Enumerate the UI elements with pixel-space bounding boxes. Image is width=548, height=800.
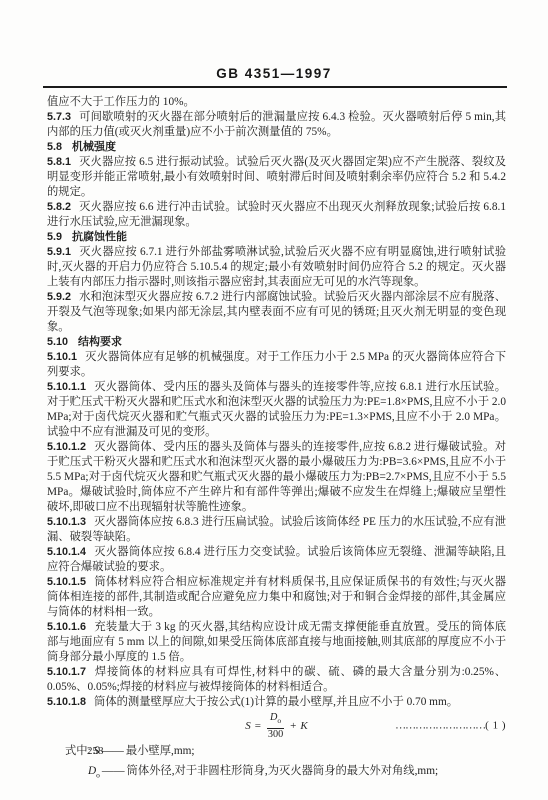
clause-number: 5.10.1.8 [47,696,94,708]
clause-paragraph: 5.9.1灭火器应按 6.7.1 进行外部盐雾喷淋试验,试验后灭火器不应有明显腐… [47,245,506,290]
where-desc-d: 筒体外径,对于非圆柱形筒身,为灭火器筒身的最大外对角线,mm; [127,765,439,777]
clause-paragraph: 5.10.1.1灭火器筒体、受内压的器头及筒体与器头的连接零件等,应按 6.8.… [47,380,506,440]
equation-number: ( 1 ) [485,720,506,732]
clause-number: 5.8.1 [47,156,79,168]
clause-number: 5.10.1 [47,351,85,363]
clause-paragraph: 值应不大于工作压力的 10%。 [47,95,506,110]
standard-code-header: GB 4351—1997 [0,66,548,81]
clause-paragraph: 5.9.2水和泡沫型灭火器应按 6.7.2 进行内部腐蚀试验。试验后灭火器内部涂… [47,290,506,335]
clause-paragraph: 5.10.1灭火器筒体应有足够的机械强度。对于工作压力小于 2.5 MPa 的灭… [47,350,506,380]
clause-text: 灭火器应按 6.5 进行振动试验。试验后灭火器(及灭火器固定架)应不产生脱落、裂… [47,156,506,198]
formula-var-k: K [300,719,307,734]
clause-text: 抗腐蚀性能 [72,231,127,243]
clause-number: 5.8.2 [47,201,79,213]
formula-1-row: S = Do 300 + K ………………………( 1 ) [47,713,506,739]
clause-text: 可间歇喷射的灭火器在部分喷射后的泄漏量应按 6.4.3 检验。灭火器喷射后停 5… [47,111,506,138]
fraction-denominator: 300 [267,729,284,740]
where-clause-d: Do——筒体外径,对于非圆柱形筒身,为灭火器筒身的最大外对角线,mm; [47,763,506,783]
clause-list: 值应不大于工作压力的 10%。5.7.3可间歇喷射的灭火器在部分喷射后的泄漏量应… [47,95,506,710]
fraction-numerator: Do [267,712,284,728]
clause-number: 5.9 [47,231,72,243]
clause-text: 值应不大于工作压力的 10%。 [47,96,195,108]
section-heading: 5.9抗腐蚀性能 [47,230,506,245]
clause-text: 灭火器筒体应有足够的机械强度。对于工作压力小于 2.5 MPa 的灭火器筒体应符… [47,351,506,378]
clause-number: 5.8 [47,141,72,153]
header-rule [43,86,507,88]
leader-dots: ……………………… [395,720,485,732]
clause-text: 机械强度 [72,141,116,153]
clause-number: 5.10.1.5 [47,576,94,588]
clause-paragraph: 5.7.3可间歇喷射的灭火器在部分喷射后的泄漏量应按 6.4.3 检验。灭火器喷… [47,110,506,140]
clause-text: 筒体材料应符合相应标准规定并有材料质保书,且应保证质保书的有效性;与灭火器筒体相… [47,576,506,618]
clause-text: 水和泡沫型灭火器应按 6.7.2 进行内部腐蚀试验。试验后灭火器内部涂层不应有脱… [47,291,506,333]
equation-reference: ………………………( 1 ) [395,719,506,734]
clause-text: 结构要求 [78,336,122,348]
section-heading: 5.10结构要求 [47,335,506,350]
where-dash: —— [100,765,127,777]
clause-number: 5.9.1 [47,246,79,258]
clause-text: 灭火器应按 6.6 进行冲击试验。试验时灭火器应不出现灭火剂释放现象;试验后按 … [47,201,506,228]
clause-text: 焊接筒体的材料应具有可焊性,材料中的碳、硫、磷的最大含量分别为:0.25%、0.… [47,666,506,693]
clause-number: 5.10.1.2 [47,441,94,453]
plus-sign: + [290,719,296,734]
where-clause-block: 式中: S——最小壁厚,mm; Do——筒体外径,对于非圆柱形筒身,为灭火器筒身… [47,743,506,784]
clause-number: 5.10.1.3 [47,516,94,528]
clause-paragraph: 5.10.1.6充装量大于 3 kg 的灭火器,其结构应设计成无需支撑便能垂直放… [47,620,506,665]
document-content: 值应不大于工作压力的 10%。5.7.3可间歇喷射的灭火器在部分喷射后的泄漏量应… [47,95,506,784]
clause-paragraph: 5.10.1.5筒体材料应符合相应标准规定并有材料质保书,且应保证质保书的有效性… [47,575,506,620]
clause-number: 5.10.1.4 [47,546,94,558]
section-heading: 5.8机械强度 [47,140,506,155]
clause-text: 灭火器筒体、受内压的器头及筒体与器头的连接零件,应按 6.8.2 进行爆破试验。… [47,441,506,513]
clause-number: 5.10.1.6 [47,621,94,633]
clause-number: 5.7.3 [47,111,79,123]
clause-text: 灭火器筒体应按 6.8.4 进行压力交变试验。试验后该筒体应无裂缝、泄漏等缺陷,… [47,546,506,573]
clause-paragraph: 5.10.1.7焊接筒体的材料应具有可焊性,材料中的碳、硫、磷的最大含量分别为:… [47,665,506,695]
clause-number: 5.10.1.1 [47,381,94,393]
where-symbol-d: D [88,765,96,777]
clause-paragraph: 5.8.2灭火器应按 6.6 进行冲击试验。试验时灭火器应不出现灭火剂释放现象;… [47,200,506,230]
formula-var-d-subscript: o [277,717,281,726]
clause-text: 灭火器筒体应按 6.8.3 进行压扁试验。试验后该筒体经 PE 压力的水压试验,… [47,516,506,543]
clause-text: 灭火器应按 6.7.1 进行外部盐雾喷淋试验,试验后灭火器不应有明显腐蚀,进行喷… [47,246,506,288]
where-desc-s: 最小壁厚,mm; [126,745,195,757]
clause-number: 5.10 [47,336,78,348]
clause-number: 5.10.1.7 [47,666,94,678]
scanned-standard-page: GB 4351—1997 值应不大于工作压力的 10%。5.7.3可间歇喷射的灭… [0,0,548,800]
clause-text: 充装量大于 3 kg 的灭火器,其结构应设计成无需支撑便能垂直放置。受压的筒体底… [47,621,506,663]
fraction: Do 300 [267,712,284,739]
page-number: 258 [87,745,104,757]
equals-sign: = [255,719,261,734]
clause-paragraph: 5.10.1.2灭火器筒体、受内压的器头及筒体与器头的连接零件,应按 6.8.2… [47,440,506,515]
where-clause-s: 式中: S——最小壁厚,mm; [47,743,506,763]
clause-paragraph: 5.10.1.3灭火器筒体应按 6.8.3 进行压扁试验。试验后该筒体经 PE … [47,515,506,545]
clause-paragraph: 5.10.1.4灭火器筒体应按 6.8.4 进行压力交变试验。试验后该筒体应无裂… [47,545,506,575]
clause-paragraph: 5.8.1灭火器应按 6.5 进行振动试验。试验后灭火器(及灭火器固定架)应不产… [47,155,506,200]
clause-number: 5.9.2 [47,291,79,303]
clause-paragraph: 5.10.1.8筒体的测量壁厚应大于按公式(1)计算的最小壁厚,并且应不小于 0… [47,695,506,710]
formula-var-s: S [245,719,251,734]
clause-text: 筒体的测量壁厚应大于按公式(1)计算的最小壁厚,并且应不小于 0.70 mm。 [94,696,458,708]
clause-text: 灭火器筒体、受内压的器头及筒体与器头的连接零件等,应按 6.8.1 进行水压试验… [47,381,506,438]
formula-expression: S = Do 300 + K [245,712,307,739]
